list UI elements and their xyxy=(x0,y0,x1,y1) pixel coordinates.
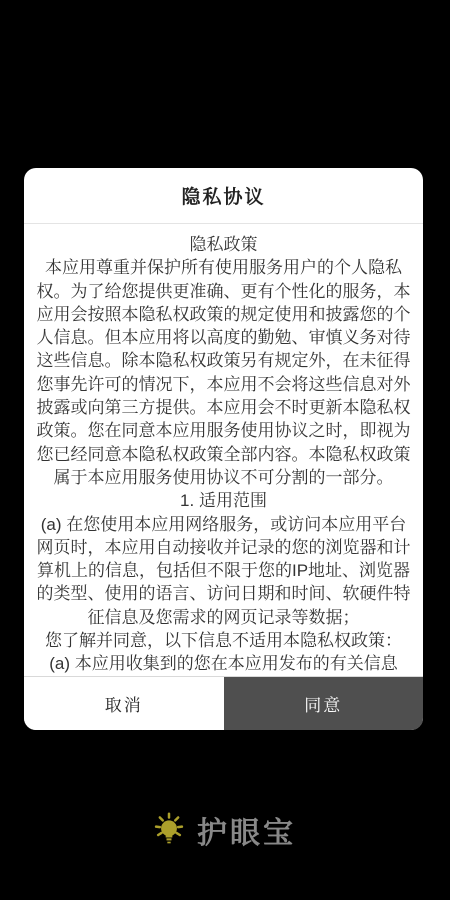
dialog-title: 隐私协议 xyxy=(24,168,423,224)
dialog-button-row: 取消 同意 xyxy=(24,676,423,730)
app-background: 隐私协议 隐私政策 本应用尊重并保护所有使用服务用户的个人隐私权。为了给您提供更… xyxy=(0,0,450,900)
policy-section-heading: 1. 适用范围 xyxy=(36,489,411,512)
app-logo: 护眼宝 xyxy=(0,810,450,850)
policy-paragraph: (a) 在您使用本应用网络服务，或访问本应用平台网页时，本应用自动接收并记录的您… xyxy=(36,513,411,629)
policy-paragraph: (a) 本应用收集到的您在本应用发布的有关信息 xyxy=(36,652,411,675)
privacy-policy-scroll-area[interactable]: 隐私政策 本应用尊重并保护所有使用服务用户的个人隐私权。为了给您提供更准确、更有… xyxy=(24,224,423,676)
app-name: 护眼宝 xyxy=(197,808,296,852)
cancel-button[interactable]: 取消 xyxy=(24,677,224,730)
agree-button[interactable]: 同意 xyxy=(224,677,424,730)
policy-paragraph: 本应用尊重并保护所有使用服务用户的个人隐私权。为了给您提供更准确、更有个性化的服… xyxy=(36,256,411,489)
policy-heading: 隐私政策 xyxy=(36,233,411,256)
lightbulb-icon xyxy=(154,812,184,848)
policy-paragraph: 您了解并同意，以下信息不适用本隐私权政策： xyxy=(36,629,411,652)
privacy-agreement-dialog: 隐私协议 隐私政策 本应用尊重并保护所有使用服务用户的个人隐私权。为了给您提供更… xyxy=(24,168,423,730)
